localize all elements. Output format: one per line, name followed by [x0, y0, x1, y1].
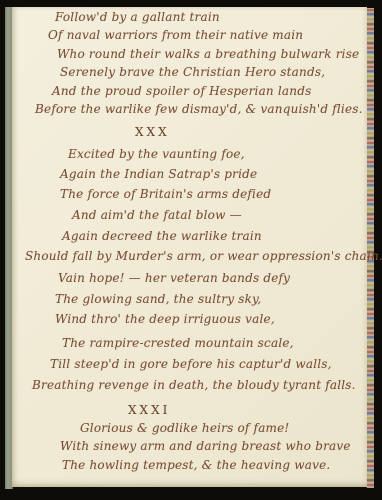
manuscript-line: Follow'd by a gallant train — [55, 10, 220, 24]
manuscript-line: Till steep'd in gore before his captur'd… — [50, 357, 332, 371]
stanza-number: XXX — [135, 125, 170, 139]
manuscript-line: Breathing revenge in death, the bloudy t… — [32, 378, 356, 392]
manuscript-line: Who round their walks a breathing bulwar… — [57, 47, 359, 61]
manuscript-line: Wind thro' the deep irriguous vale, — [55, 312, 275, 326]
stanza-number: XXXI — [128, 403, 170, 417]
manuscript-line: With sinewy arm and daring breast who br… — [60, 439, 351, 453]
manuscript-line: The force of Britain's arms defied — [60, 187, 271, 201]
manuscript-line: Of naval warriors from their native main — [48, 28, 303, 42]
manuscript-line: Vain hope! — her veteran bands defy — [58, 271, 290, 285]
manuscript-line: And the proud spoiler of Hesperian lands — [52, 84, 311, 98]
manuscript-page: Follow'd by a gallant train Of naval war… — [12, 7, 367, 487]
manuscript-line: Glorious & godlike heirs of fame! — [80, 421, 289, 435]
marbled-page-edge — [366, 8, 374, 488]
manuscript-line: Serenely brave the Christian Hero stands… — [60, 65, 325, 79]
manuscript-line: The howling tempest, & the heaving wave. — [62, 458, 330, 472]
manuscript-line: Excited by the vaunting foe, — [68, 147, 245, 161]
manuscript-line: Should fall by Murder's arm, or wear opp… — [25, 249, 382, 263]
manuscript-line: Before the warlike few dismay'd, & vanqu… — [35, 102, 363, 116]
manuscript-line: And aim'd the fatal blow — — [72, 208, 242, 222]
manuscript-line: The glowing sand, the sultry sky, — [55, 292, 261, 306]
manuscript-line: The rampire-crested mountain scale, — [62, 336, 294, 350]
manuscript-photo: Follow'd by a gallant train Of naval war… — [0, 0, 382, 500]
manuscript-line: Again the Indian Satrap's pride — [60, 167, 257, 181]
manuscript-line: Again decreed the warlike train — [62, 229, 262, 243]
